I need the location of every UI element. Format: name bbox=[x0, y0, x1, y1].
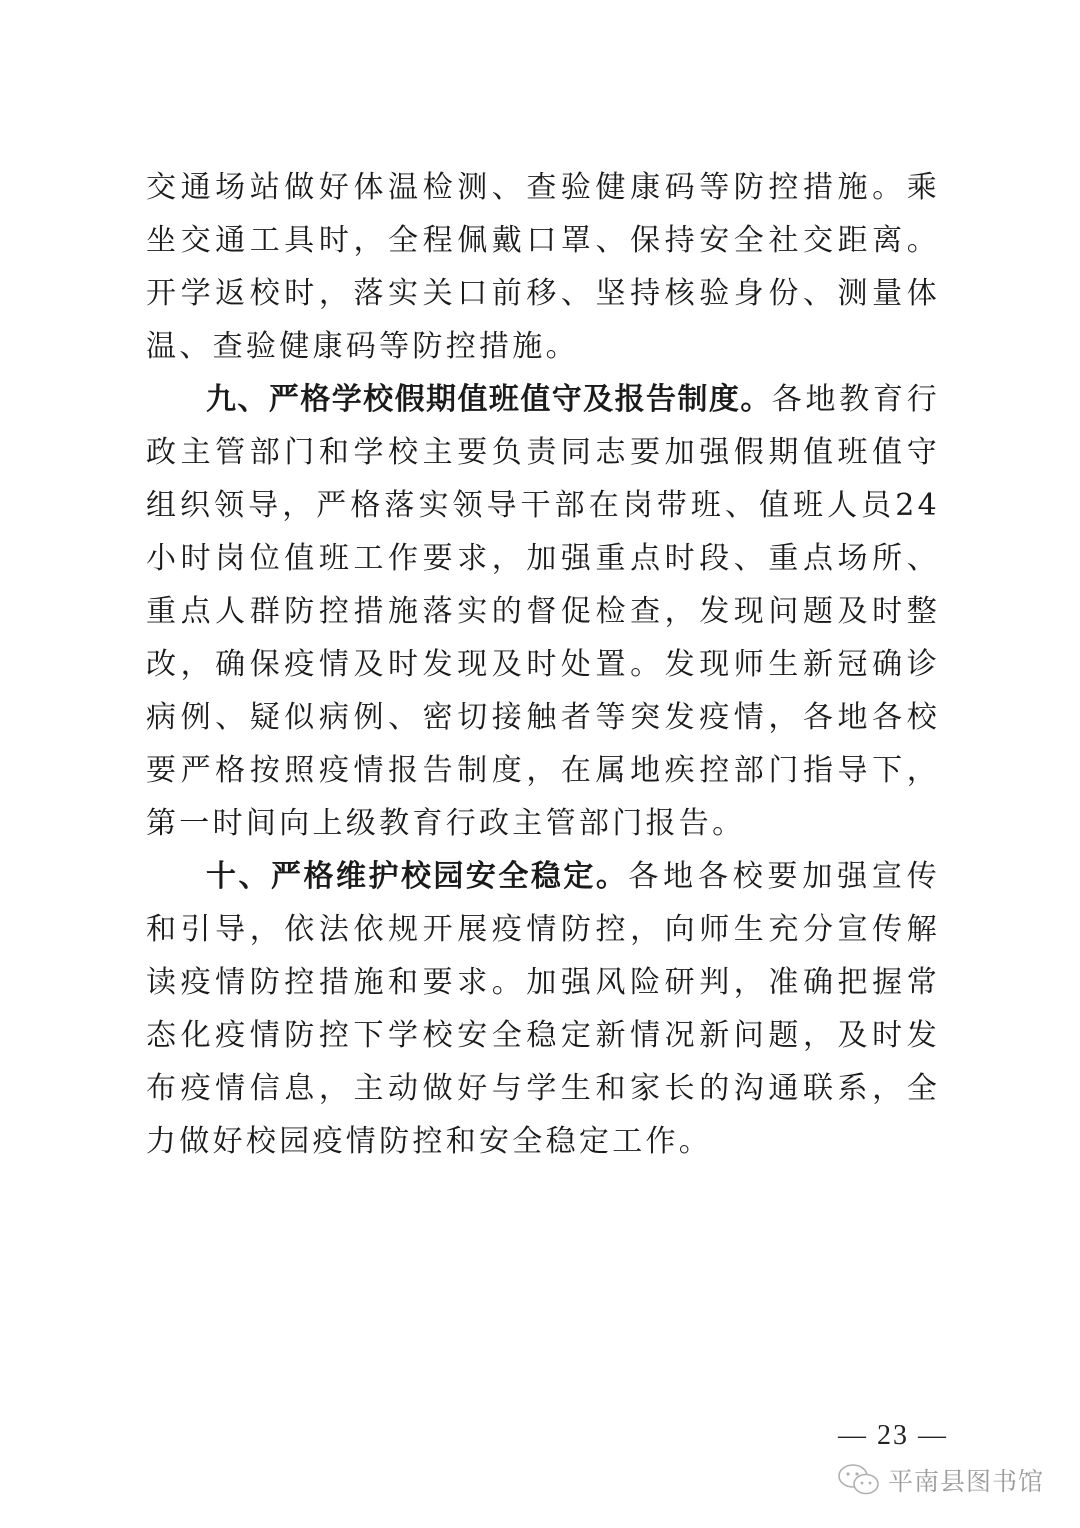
page-number: — 23 — bbox=[838, 1420, 948, 1452]
paragraph-continuation: 交通场站做好体温检测、查验健康码等防控措施。乘坐交通工具时，全程佩戴口罩、保持安… bbox=[146, 161, 940, 373]
paragraph-section-10: 十、严格维护校园安全稳定。各地各校要加强宣传和引导，依法依规开展疫情防控，向师生… bbox=[146, 850, 940, 1168]
section-heading: 十、严格维护校园安全稳定。 bbox=[206, 859, 628, 894]
wechat-icon bbox=[836, 1463, 882, 1497]
section-heading: 九、严格学校假期值班值守及报告制度。 bbox=[206, 382, 772, 417]
paragraph-text: 各地各校要加强宣传和引导，依法依规开展疫情防控，向师生充分宣传解读疫情防控措施和… bbox=[146, 859, 940, 1159]
paragraph-text: 各地教育行政主管部门和学校主要负责同志要加强假期值班值守组织领导，严格落实领导干… bbox=[146, 382, 940, 841]
paragraph-text: 交通场站做好体温检测、查验健康码等防控措施。乘坐交通工具时，全程佩戴口罩、保持安… bbox=[146, 170, 940, 364]
watermark: 平南县图书馆 bbox=[836, 1462, 1044, 1498]
paragraph-section-9: 九、严格学校假期值班值守及报告制度。各地教育行政主管部门和学校主要负责同志要加强… bbox=[146, 373, 940, 850]
document-body: 交通场站做好体温检测、查验健康码等防控措施。乘坐交通工具时，全程佩戴口罩、保持安… bbox=[146, 161, 940, 1168]
watermark-label: 平南县图书馆 bbox=[888, 1462, 1044, 1498]
